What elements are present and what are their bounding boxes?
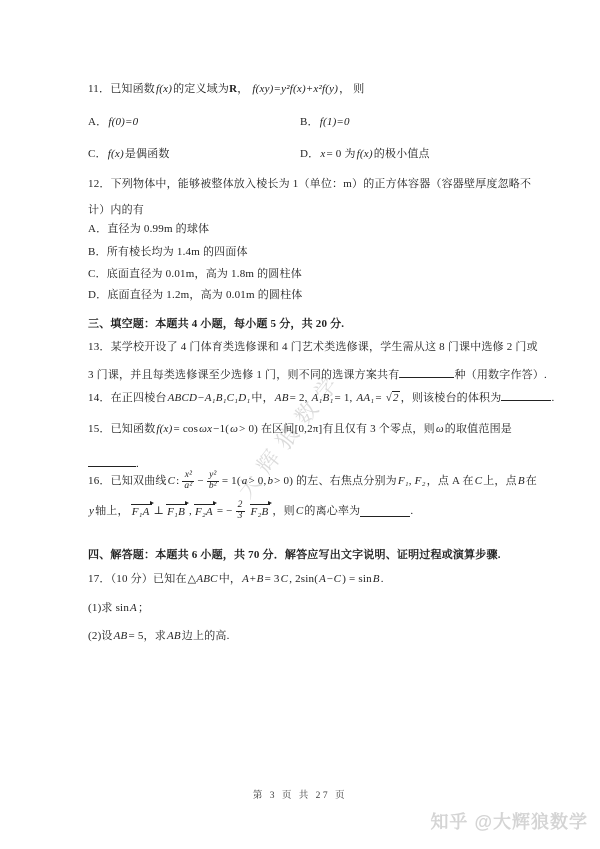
- section-3-header: 三、填空题：本题共 4 小题，每小题 5 分，共 20 分.: [88, 317, 344, 332]
- question-12-option-a: A．直径为 0.99m 的球体: [88, 222, 209, 237]
- question-14-line: 14．在正四棱台ABCD−A₁B₁C₁D₁中，AB= 2, A₁B₁= 1, A…: [88, 389, 554, 406]
- question-11-option-a: A．f(0)=0: [88, 115, 139, 130]
- question-16-line2: y轴上，F₁A⊥F₁B, F₂A= −23F₂B，则C的离心率为.: [88, 498, 413, 524]
- exam-page: 大辉狼数学 11．已知函数f(x)的定义域为R， f(xy)=y²f(x)+x²…: [0, 0, 600, 849]
- page-number: 第 3 页 共 27 页: [0, 787, 600, 801]
- question-12-option-d: D．底面直径为 1.2m，高为 0.01m 的圆柱体: [88, 288, 303, 303]
- question-11-stem: 11．已知函数f(x)的定义域为R， f(xy)=y²f(x)+x²f(y)， …: [88, 82, 364, 97]
- watermark-zhihu-credit: 知乎 @大辉狼数学: [430, 808, 588, 834]
- question-12-stem-line2: 计）内的有: [88, 203, 144, 218]
- question-11-option-d: D．x= 0 为f(x)的极小值点: [300, 147, 430, 162]
- question-12-stem-line1: 12．下列物体中，能够被整体放入棱长为 1（单位：m）的正方体容器（容器壁厚度忽…: [88, 177, 531, 192]
- question-13-line1: 13．某学校开设了 4 门体育类选修课和 4 门艺术类选修课，学生需从这 8 门…: [88, 340, 538, 355]
- question-11-option-c: C．f(x)是偶函数: [88, 147, 170, 162]
- section-4-header: 四、解答题：本题共 6 小题，共 70 分．解答应写出文字说明、证明过程或演算步…: [88, 548, 501, 563]
- question-13-line2: 3 门课，并且每类选修课至少选修 1 门，则不同的选课方案共有种（用数字作答）.: [88, 366, 547, 383]
- question-17-part2: (2)设AB= 5，求AB边上的高.: [88, 629, 230, 644]
- question-15-line1: 15．已知函数f(x)= cosωx−1(ω> 0) 在区间[0,2π]有且仅有…: [88, 422, 512, 437]
- question-12-option-c: C．底面直径为 0.01m，高为 1.8m 的圆柱体: [88, 267, 302, 282]
- question-16-line1: 16．已知双曲线C:x²a²−y²b²= 1(a> 0,b> 0) 的左、右焦点…: [88, 468, 537, 494]
- question-11-option-b: B．f(1)=0: [300, 115, 351, 130]
- question-12-option-b: B．所有棱长均为 1.4m 的四面体: [88, 245, 248, 260]
- question-17-stem: 17．（10 分）已知在△ABC中，A+B= 3C, 2sin(A−C) = s…: [88, 572, 384, 587]
- question-17-part1: (1)求 sinA；: [88, 601, 149, 616]
